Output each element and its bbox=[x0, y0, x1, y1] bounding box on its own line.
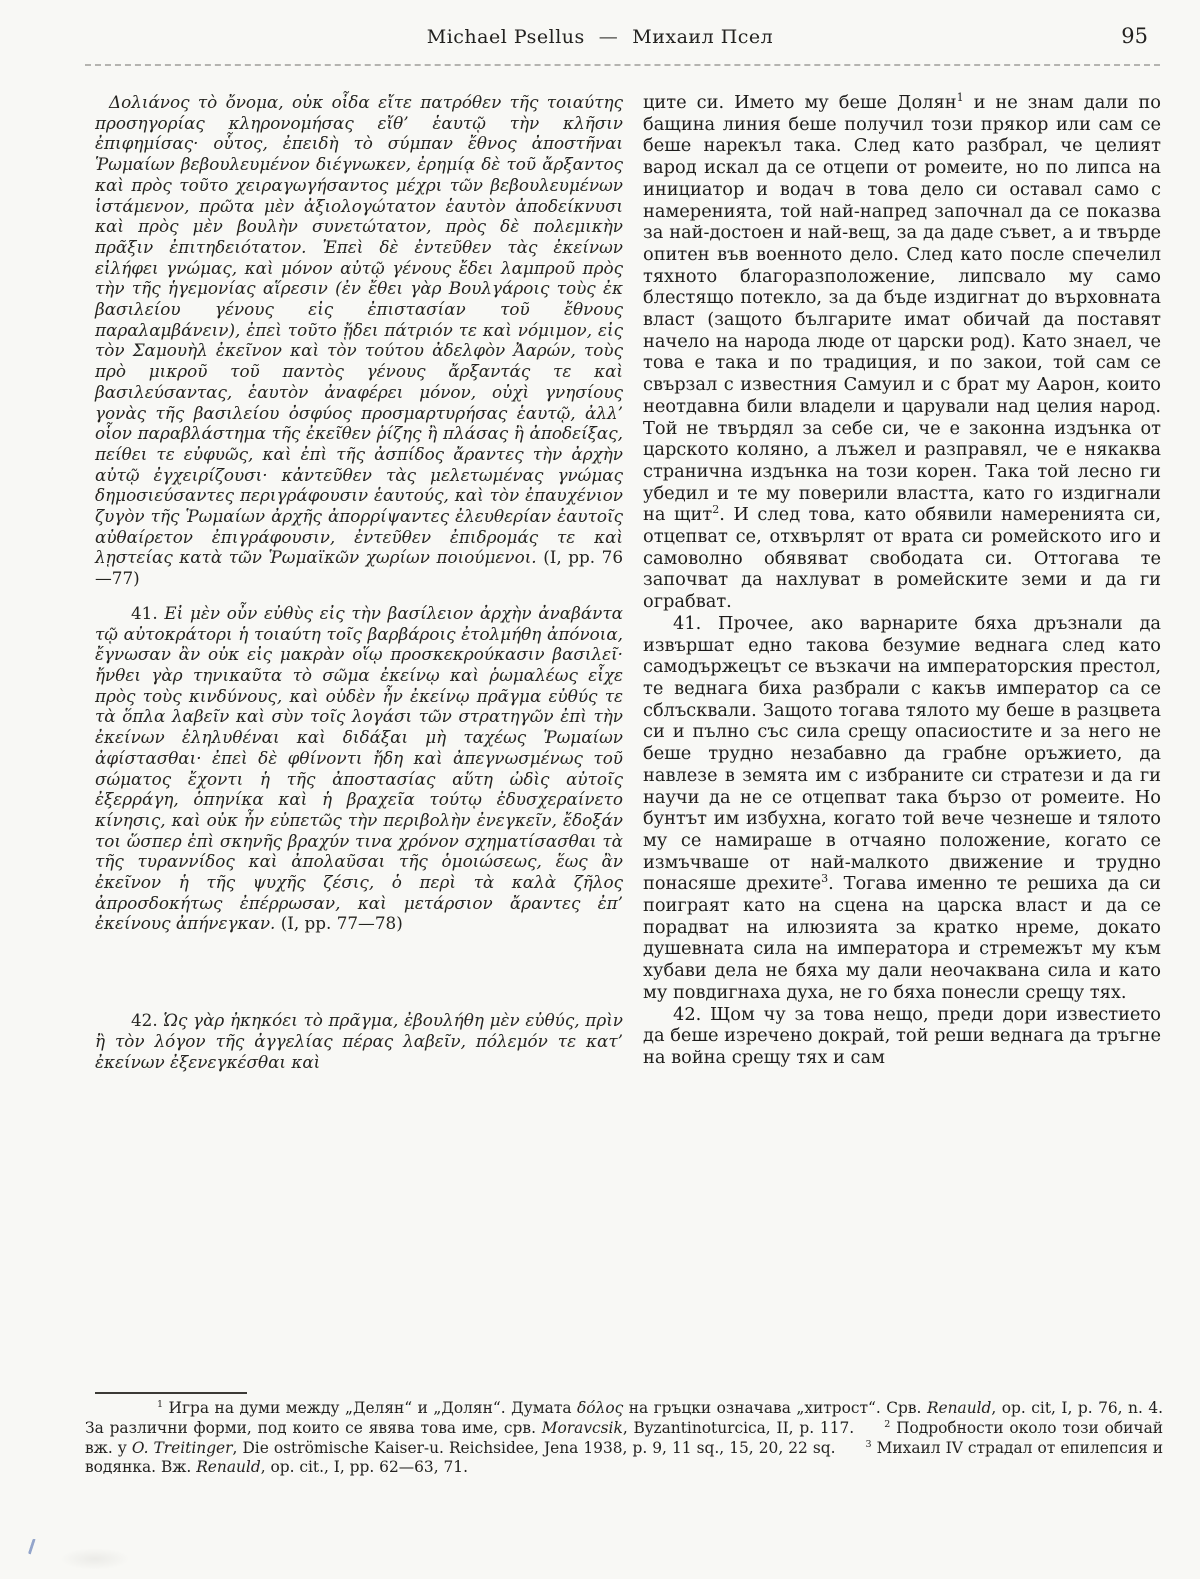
greek-p42-number: 42. bbox=[131, 1010, 163, 1030]
greek-paragraph-40: Δολιάνος τὸ ὄνομα, οὐκ οἶδα εἴτε πατρόθε… bbox=[95, 92, 623, 589]
greek-p41-citation: (I, pp. 77—78) bbox=[281, 913, 403, 933]
footnote-ref-1: 1 bbox=[957, 91, 964, 104]
header-title-latin: Michael Psellus bbox=[427, 26, 585, 48]
scan-artifact-blue-mark bbox=[28, 1538, 45, 1557]
greek-paragraph-42: 42. Ὡς γὰρ ἠκηκόει τὸ πρᾶγμα, ἐβουλήθη μ… bbox=[95, 1010, 623, 1072]
bg-p41-number: 41. bbox=[673, 613, 718, 634]
footnote-3-text-b: , op. cit., I, pp. 62—63, 71. bbox=[261, 1458, 468, 1476]
bulgarian-paragraph-40: ците си. Името му беше Долян1 и не знам … bbox=[643, 92, 1161, 613]
bulgarian-column: ците си. Името му беше Долян1 и не знам … bbox=[643, 92, 1161, 1072]
footnote-1-greek-word: δόλος bbox=[577, 1399, 623, 1417]
text-columns: Δολιάνος τὸ ὄνομα, οὐκ οἶδα εἴτε πατρόθε… bbox=[95, 92, 1161, 1072]
footnote-1-text-a: Игра на думи между „Делян“ и „Долян“. Ду… bbox=[163, 1399, 577, 1417]
bulgarian-paragraph-41: 41. Прочее, ако варнарите бяха дръзнали … bbox=[643, 613, 1161, 1004]
page-number: 95 bbox=[1121, 24, 1148, 48]
greek-column: Δολιάνος τὸ ὄνομα, οὐκ οἶδα εἴτε πατρόθε… bbox=[95, 92, 623, 1072]
scanned-book-page: Michael Psellus—Михаил Псел 95 Δολιάνος … bbox=[0, 0, 1200, 1579]
footnotes-text: 1 Игра на думи между „Делян“ и „Долян“. … bbox=[85, 1399, 1163, 1478]
footnotes-block: 1 Игра на думи между „Делян“ и „Долян“. … bbox=[85, 1399, 1163, 1478]
bg-p42-number: 42. bbox=[673, 1004, 710, 1025]
footnote-separator-rule bbox=[95, 1392, 247, 1394]
footnote-2-text-b: , Die oströmische Kaiser-u. Reichsidee, … bbox=[233, 1439, 836, 1457]
footnote-1-author-renauld: Renauld bbox=[927, 1399, 991, 1417]
bg-p41-text-1: Прочее, ако варнарите бяха дръзнали да и… bbox=[643, 613, 1161, 894]
greek-p41-text: Εἰ μὲν οὖν εὐθὺς εἰς τὴν βασίλειον ἀρχὴν… bbox=[95, 603, 623, 934]
footnote-2-author-treitinger: O. Treitinger bbox=[132, 1439, 233, 1457]
header-dash: — bbox=[585, 26, 633, 48]
footnote-1-author-moravcsik: Moravcsik bbox=[542, 1419, 623, 1437]
bulgarian-paragraph-42: 42. Щом чу за това нещо, преди дори изве… bbox=[643, 1004, 1161, 1069]
scan-artifact-smudge bbox=[60, 1548, 130, 1570]
greek-p42-text: Ὡς γὰρ ἠκηκόει τὸ πρᾶγμα, ἐβουλήθη μὲν ε… bbox=[95, 1010, 623, 1071]
running-header: Michael Psellus—Михаил Псел bbox=[0, 26, 1200, 48]
greek-p41-number: 41. bbox=[131, 603, 164, 623]
footnote-1-text-d: , Byzantinoturcica, II, p. 117. bbox=[623, 1419, 854, 1437]
greek-paragraph-41: 41. Εἰ μὲν οὖν εὐθὺς εἰς τὴν βασίλειον ἀ… bbox=[95, 603, 623, 934]
bg-p40-text-2: и не знам дали по бащина линия беше полу… bbox=[643, 92, 1161, 525]
footnote-1-text-b: на гръцки означава „хитрост“. Срв. bbox=[623, 1399, 927, 1417]
bg-p40-text-3: . И след това, като обявили намеренията … bbox=[643, 504, 1161, 612]
bg-p40-text-1: ците си. Името му беше Долян bbox=[643, 92, 957, 113]
bg-p42-text: Щом чу за това нещо, преди дори известие… bbox=[643, 1004, 1161, 1068]
greek-p40-text: Δολιάνος τὸ ὄνομα, οὐκ οἶδα εἴτε πατρόθε… bbox=[95, 92, 623, 567]
header-rule bbox=[85, 64, 1160, 66]
header-title-cyrillic: Михаил Псел bbox=[632, 26, 773, 48]
footnote-3-author-renauld: Renauld bbox=[196, 1458, 260, 1476]
